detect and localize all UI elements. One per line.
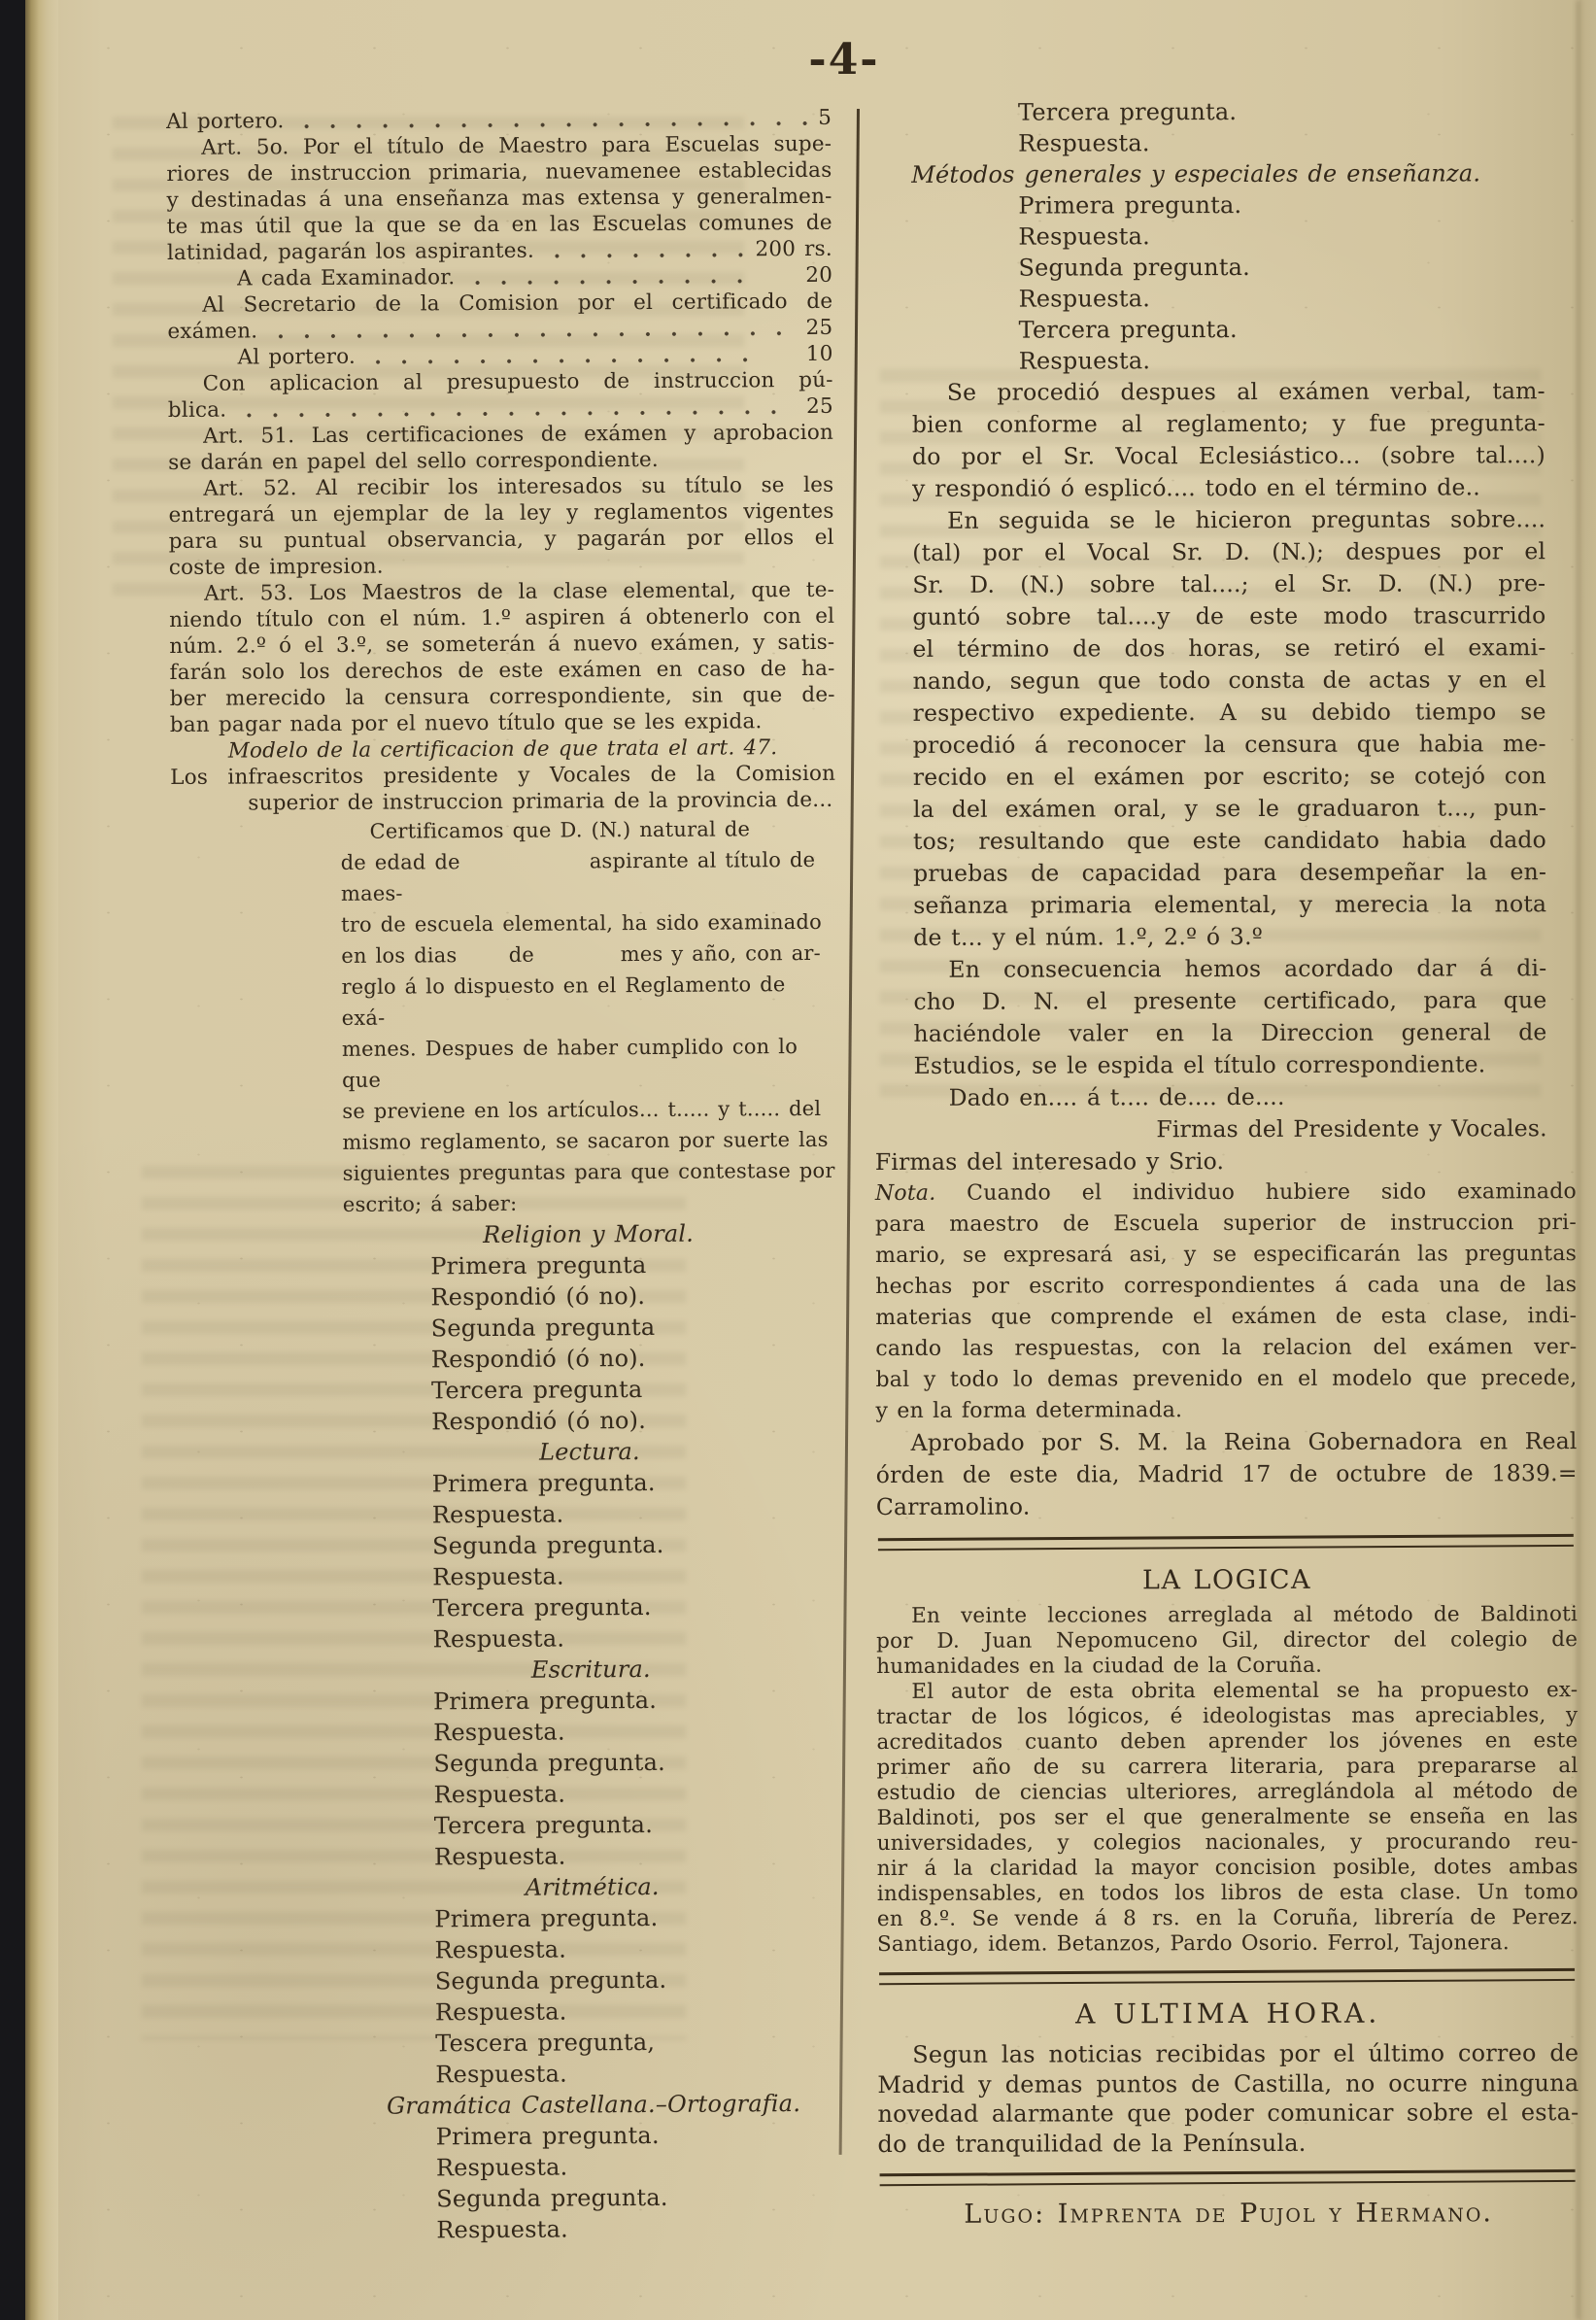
line-text: Segunda pregunta. <box>436 2184 668 2212</box>
text-line: se darán en papel del sello correspondie… <box>168 446 833 476</box>
text-line: bal y todo lo demas prevenido en el mode… <box>875 1363 1577 1396</box>
text-line: Segun las noticias recibidas por el últi… <box>877 2038 1579 2069</box>
heading-religion-y-moral: Religion y Moral. <box>173 1217 838 1252</box>
text-line: haciéndole valer en la Direccion general… <box>874 1016 1576 1050</box>
text-line: materias que comprende el exámen de esta… <box>875 1301 1577 1334</box>
line-text: superior de instruccion primaria de la p… <box>248 788 832 816</box>
line-text: Primera pregunta. <box>436 2122 660 2150</box>
text-line: Respuesta. <box>175 1497 840 1532</box>
text-line: para maestro de Escuela superior de inst… <box>875 1208 1577 1241</box>
column-divider-rule <box>839 109 860 2155</box>
text-line: Respuesta. <box>873 282 1575 315</box>
line-text: humanidades en la ciudad de la Coruña. <box>876 1654 1322 1679</box>
text-line: Baldinoti, pos ser el que generalmente s… <box>877 1804 1579 1831</box>
text-line: menes. Despues de haber cumplido con lo … <box>172 1031 837 1097</box>
text-line: procedió á reconocer la censura que habi… <box>874 728 1576 762</box>
text-line: Segunda pregunta. <box>178 1963 843 1998</box>
fee-label: latinidad, pagarán los aspirantes. <box>167 238 534 266</box>
line-text: Segunda pregunta. <box>432 1531 664 1559</box>
line-text: Respuesta. <box>434 1843 566 1871</box>
text-line: estudio de ciencias ulteriores, arreglán… <box>877 1779 1579 1806</box>
text-line: Respuesta. <box>873 344 1575 377</box>
text-line: entregará un ejemplar de la ley y reglam… <box>168 498 833 529</box>
text-line: Segunda pregunta <box>174 1311 839 1346</box>
text-line: Respuesta. <box>176 1715 841 1750</box>
double-rule <box>880 2169 1576 2186</box>
line-text: Respuesta. <box>433 1719 565 1747</box>
fee-label: A cada Examinador. <box>202 264 455 292</box>
text-line: Respuesta. <box>175 1559 840 1594</box>
line-text: Métodos generales y especiales de enseña… <box>911 159 1480 188</box>
line-text: Respuesta. <box>1018 129 1150 156</box>
line-text: Religion y Moral. <box>483 1220 694 1248</box>
line-text: riores de instruccion primaria, nuevamen… <box>166 158 832 187</box>
line-text: Segun las noticias recibidas por el últi… <box>912 2039 1579 2068</box>
text-line: Art. 53. Los Maestros de la clase elemen… <box>169 577 834 607</box>
text-line: y respondió ó esplicó.... todo en el tér… <box>873 471 1575 505</box>
line-text: novedad alarmante que poder comunicar so… <box>877 2098 1579 2128</box>
text-line: Aprobado por S. M. la Reina Gobernadora … <box>876 1425 1578 1459</box>
text-line: coste de impresion. <box>169 551 834 581</box>
line-text: Respondió (ó no). <box>431 1345 646 1373</box>
line-text: Aritmética. <box>526 1873 660 1901</box>
double-rule <box>879 1968 1575 1985</box>
line-text: Respondió (ó no). <box>431 1407 646 1435</box>
line-text: Dado en.... á t.... de.... de.... <box>949 1083 1285 1111</box>
right-edge-shade <box>1579 0 1596 2320</box>
text-line: cando las respuestas, con la relacion de… <box>875 1332 1577 1365</box>
text-line: recido en el exámen por escrito; se cote… <box>874 760 1576 794</box>
text-line: reglo á lo dispuesto en el Reglamento de… <box>171 969 836 1035</box>
text-line: Carramolino. <box>876 1489 1578 1523</box>
line-text: Primera pregunta. <box>432 1469 656 1497</box>
fee-line: A cada Examinador.20 <box>167 262 832 292</box>
fee-amount: 25 <box>806 315 833 341</box>
text-line: Respondió (ó no). <box>174 1342 839 1377</box>
line-text: Modelo de la certificacion de que trata … <box>228 735 778 763</box>
text-line: bien conforme al reglamento; y fue pregu… <box>873 407 1575 441</box>
text-line: Sr. D. (N.) sobre tal....; el Sr. D. (N.… <box>873 567 1575 601</box>
line-text: Respuesta. <box>1019 285 1151 312</box>
dot-leader <box>294 119 809 129</box>
text-line: El autor de esta obrita elemental se ha … <box>876 1678 1578 1705</box>
fee-line: Al portero.5 <box>166 105 832 135</box>
line-text: respectivo expediente. A su debido tiemp… <box>913 698 1546 727</box>
text-line: ber merecido la censura correspondiente,… <box>170 682 835 712</box>
line-text: de t... y el núm. 1.º, 2.º ó 3.º <box>913 923 1263 951</box>
line-text: En seguida se le hicieron preguntas sobr… <box>947 505 1545 534</box>
line-text: Respuesta. <box>433 1625 565 1654</box>
heading-metodos-ensenanza: Métodos generales y especiales de enseña… <box>872 157 1574 190</box>
text-line: la del exámen oral, y se le graduaron t.… <box>874 792 1576 826</box>
text-line: Primera pregunta. <box>872 188 1574 222</box>
line-text: Art. 5o. Por el título de Maestro para E… <box>201 132 832 160</box>
fee-label: blica. <box>168 397 227 424</box>
line-text: Tercera pregunta. <box>1018 98 1237 126</box>
line-text: Segunda pregunta. <box>435 1966 667 1995</box>
text-line: órden de este dia, Madrid 17 de octubre … <box>876 1457 1578 1491</box>
text-line: En consecuencia hemos acordado dar á di- <box>874 952 1576 986</box>
heading-escritura: Escritura. <box>176 1653 841 1688</box>
text-line: se previene en los artículos... t..... y… <box>172 1093 837 1128</box>
text-line: Tescera pregunta, <box>178 2026 843 2061</box>
line-text: LA LOGICA <box>1142 1565 1311 1595</box>
line-text: procedió á reconocer la censura que habi… <box>913 730 1546 759</box>
line-text: Art. 53. Los Maestros de la clase elemen… <box>204 578 834 606</box>
text-line: Respuesta. <box>176 1621 841 1656</box>
line-text: El autor de esta obrita elemental se ha … <box>911 1678 1578 1704</box>
line-text: Primera pregunta. <box>1018 191 1241 220</box>
heading-a-ultima-hora: A ULTIMA HORA. <box>877 1996 1579 2032</box>
line-text: y en la forma determinada. <box>876 1398 1183 1423</box>
fee-line: blica.25 <box>168 393 833 424</box>
line-text: Respuesta. <box>435 2061 567 2089</box>
line-text: hechas por escrito correspondientes á ca… <box>875 1273 1577 1299</box>
line-text: Tescera pregunta, <box>435 2029 655 2057</box>
text-line: Tercera pregunta <box>174 1373 839 1408</box>
text-line: Respuesta. <box>177 1932 842 1967</box>
line-text: para su puntual observancia, y pagarán p… <box>169 526 834 554</box>
line-text: órden de este dia, Madrid 17 de octubre … <box>876 1459 1578 1488</box>
text-line: indispensables, en todos los libros de e… <box>877 1880 1579 1907</box>
text-line: de edad de aspirante al título de maes- <box>171 844 836 910</box>
nota-line: Nota. Cuando el individuo hubiere sido e… <box>875 1177 1577 1210</box>
line-text: Respuesta. <box>1018 222 1150 250</box>
line-text: Madrid y demas puntos de Castilla, no oc… <box>877 2069 1579 2098</box>
line-text: en 8.º. Se vende á 8 rs. en la Coruña, l… <box>877 1905 1579 1931</box>
line-text: Sr. D. (N.) sobre tal....; el Sr. D. (N.… <box>912 569 1545 598</box>
line-text: niendo título con el núm. 1.º aspiren á … <box>169 604 834 632</box>
left-column: Al portero.5 Art. 5o. Por el título de M… <box>166 105 844 2247</box>
fee-amount: 5 <box>818 105 832 131</box>
line-text: núm. 2.º ó el 3.º, se someterán á nuevo … <box>169 631 834 659</box>
line-text: Escritura. <box>531 1655 651 1684</box>
line-text: Primera pregunta. <box>434 1904 658 1932</box>
text-line: Respuesta. <box>872 126 1574 159</box>
fee-amount: 25 <box>806 393 833 420</box>
line-text: Respuesta. <box>434 1781 566 1809</box>
dot-leader <box>365 355 762 364</box>
text-line: universidades, y colegios nacionales, y … <box>877 1829 1579 1857</box>
text-line: do por el Sr. Vocal Eclesiástico... (sob… <box>873 439 1575 473</box>
page-stack-edge <box>25 0 58 2320</box>
line-text: Art. 51. Las certificaciones de exámen y… <box>203 421 833 449</box>
text-line: guntó sobre tal....y de este modo trascu… <box>873 599 1575 633</box>
text-line: siguientes preguntas para que contestase… <box>173 1155 838 1190</box>
line-text: do por el Sr. Vocal Eclesiástico... (sob… <box>912 441 1545 470</box>
line-text: reglo á lo dispuesto en el Reglamento de… <box>341 972 785 1030</box>
text-line: humanidades en la ciudad de la Coruña. <box>876 1653 1578 1680</box>
line-text: Segunda pregunta. <box>433 1749 665 1777</box>
text-line: ban pagar nada por el nuevo título que s… <box>170 708 835 738</box>
line-text: bal y todo lo demas prevenido en el mode… <box>875 1366 1577 1392</box>
text-line: por D. Juan Nepomuceno Gil, director del… <box>876 1627 1578 1655</box>
line-text: coste de impresion. <box>169 555 384 580</box>
text-line: cho D. N. el presente certificado, para … <box>874 984 1576 1018</box>
line-text: Tercera pregunta. <box>1019 316 1238 344</box>
line-text: En veinte lecciones arreglada al método … <box>911 1602 1578 1628</box>
line-text: A ULTIMA HORA. <box>1075 1997 1380 2030</box>
line-text: Firmas del interesado y Srio. <box>875 1147 1224 1176</box>
line-text: Respuesta. <box>434 1936 566 1964</box>
line-text: te mas útil que la que se da en las Escu… <box>167 211 832 239</box>
line-text: do de tranquilidad de la Península. <box>877 2129 1306 2157</box>
line-text: señanza primaria elemental, y merecia la… <box>913 890 1546 919</box>
text-line: Los infraescritos presidente y Vocales d… <box>170 761 835 791</box>
text-line: y en la forma determinada. <box>876 1394 1578 1427</box>
heading-gramatica-castellana: Gramática Castellana.–Ortografia. <box>178 2088 843 2123</box>
line-text: entregará un ejemplar de la ley y reglam… <box>168 499 833 528</box>
line-text: mario, se expresará asi, y se especifica… <box>875 1242 1577 1268</box>
dot-leader <box>464 276 761 286</box>
line-text: Respuesta. <box>432 1501 564 1529</box>
line-text: Baldinoti, pos ser el que generalmente s… <box>877 1804 1579 1830</box>
text-line: núm. 2.º ó el 3.º, se someterán á nuevo … <box>169 630 834 660</box>
line-text: el término de dos horas, se retiró el ex… <box>912 633 1545 663</box>
line-text: se darán en papel del sello correspondie… <box>168 448 659 475</box>
line-text: ber merecido la censura correspondiente,… <box>170 683 835 711</box>
text-line: Respuesta. <box>179 2212 844 2247</box>
line-text: siguientes preguntas para que contestase… <box>343 1159 835 1185</box>
imprint-line: Lugo: Imprenta de Pujol y Hermano. <box>878 2197 1579 2232</box>
fee-line: latinidad, pagarán los aspirantes.200 rs… <box>167 236 832 266</box>
line-text: menes. Despues de haber cumplido con lo … <box>342 1035 798 1092</box>
text-line: nando, segun que todo consta de actas y … <box>874 664 1576 698</box>
line-text: por D. Juan Nepomuceno Gil, director del… <box>876 1627 1578 1654</box>
line-text: indispensables, en todos los libros de e… <box>877 1880 1579 1906</box>
line-text: en los dias de mes y año, con ar- <box>341 941 821 968</box>
line-text: y respondió ó esplicó.... todo en el tér… <box>912 473 1480 502</box>
line-text: Los infraescritos presidente y Vocales d… <box>170 762 835 790</box>
signatures-president-line: Firmas del Presidente y Vocales. <box>875 1112 1577 1146</box>
dot-leader <box>267 328 796 339</box>
line-text: materias que comprende el exámen de esta… <box>875 1304 1577 1330</box>
line-text: y destinadas á una enseñanza mas extensa… <box>167 185 832 213</box>
text-line: Al Secretario de la Comision por el cert… <box>167 289 832 319</box>
line-text: Estudios, se le espida el título corresp… <box>914 1050 1486 1079</box>
text-line: acreditados cuanto deben aprender los jó… <box>876 1728 1578 1756</box>
line-text: tro de escuela elemental, ha sido examin… <box>341 910 822 937</box>
line-text: universidades, y colegios nacionales, y … <box>877 1829 1579 1856</box>
dot-leader <box>236 407 797 419</box>
text-line: tos; resultando que este candidato habia… <box>874 824 1576 858</box>
line-text: Al Secretario de la Comision por el cert… <box>202 290 832 318</box>
text-line: Primera pregunta. <box>176 1684 841 1719</box>
text-line: farán solo los derechos de este exámen e… <box>169 656 834 686</box>
right-column: Tercera pregunta. Respuesta. Métodos gen… <box>872 95 1579 2232</box>
line-text: Respondió (ó no). <box>430 1282 645 1311</box>
heading-modelo-certificacion: Modelo de la certificacion de que trata … <box>170 734 835 765</box>
text-line: Estudios, se le espida el título corresp… <box>875 1048 1577 1082</box>
text-line: Segunda pregunta. <box>179 2181 844 2216</box>
line-text: guntó sobre tal....y de este modo trascu… <box>912 601 1545 631</box>
line-text: Tercera pregunta. <box>434 1811 653 1839</box>
line-text: para maestro de Escuela superior de inst… <box>875 1211 1577 1237</box>
scanned-page: -4- Al portero.5 Art. 5o. Por el título … <box>0 0 1596 2320</box>
line-text: Santiago, idem. Betanzos, Pardo Osorio. … <box>877 1930 1510 1957</box>
line-text: pruebas de capacidad para desempeñar la … <box>913 858 1546 887</box>
text-line: Tercera pregunta. <box>177 1808 842 1843</box>
text-line: señanza primaria elemental, y merecia la… <box>874 888 1576 922</box>
text-line: Respondió (ó no). <box>174 1404 839 1439</box>
line-text: Carramolino. <box>876 1493 1031 1520</box>
text-line: tro de escuela elemental, ha sido examin… <box>171 906 836 941</box>
fee-amount: 200 rs. <box>755 236 832 262</box>
text-line: Art. 51. Las certificaciones de exámen y… <box>168 420 833 450</box>
line-text: Segunda pregunta. <box>1018 254 1250 282</box>
line-text: cando las respuestas, con la relacion de… <box>875 1335 1577 1361</box>
line-text: bien conforme al reglamento; y fue pregu… <box>912 409 1545 438</box>
text-line: Tercera pregunta. <box>175 1590 840 1625</box>
dot-leader <box>544 250 746 258</box>
line-text: escrito; á saber: <box>343 1192 518 1216</box>
text-line: tractar de los lógicos, é ideologistas m… <box>876 1703 1578 1730</box>
line-text: Certificamos que D. (N.) natural de <box>369 817 750 842</box>
text-line: superior de instruccion primaria de la p… <box>170 787 835 817</box>
text-line: Respuesta. <box>178 2057 843 2092</box>
text-line: primer año de su carrera literaria, para… <box>876 1754 1578 1781</box>
line-text: En consecuencia hemos acordado dar á di- <box>948 954 1546 983</box>
line-text: tractar de los lógicos, é ideologistas m… <box>876 1703 1578 1729</box>
text-line: Respuesta. <box>179 2150 844 2185</box>
fee-label: exámen. <box>167 318 257 345</box>
page-paper: -4- Al portero.5 Art. 5o. Por el título … <box>25 0 1596 2320</box>
text-line: Primera pregunta <box>173 1248 838 1283</box>
text-line: En seguida se le hicieron preguntas sobr… <box>873 503 1575 537</box>
text-line: Se procedió despues al exámen verbal, ta… <box>873 375 1575 409</box>
text-line: Con aplicacion al presupuesto de instruc… <box>168 367 833 397</box>
text-line: Respuesta. <box>872 220 1574 253</box>
text-line: Segunda pregunta. <box>872 251 1574 284</box>
text-line: Respuesta. <box>177 1839 842 1874</box>
signatures-interested-line: Firmas del interesado y Srio. <box>875 1144 1577 1178</box>
line-text: Aprobado por S. M. la Reina Gobernadora … <box>911 1427 1578 1456</box>
text-line: respectivo expediente. A su debido tiemp… <box>874 696 1576 730</box>
text-line: novedad alarmante que poder comunicar so… <box>877 2098 1579 2129</box>
line-text: nando, segun que todo consta de actas y … <box>913 665 1546 695</box>
text-line: escrito; á saber: <box>173 1186 838 1221</box>
line-text: primer año de su carrera literaria, para… <box>876 1754 1578 1780</box>
line-text: nir á la claridad la mayor concision pos… <box>877 1855 1579 1881</box>
text-line: Primera pregunta. <box>175 1466 840 1501</box>
line-text: Segunda pregunta <box>431 1314 656 1342</box>
line-text: Con aplicacion al presupuesto de instruc… <box>203 368 833 396</box>
text-line: Primera pregunta. <box>179 2119 844 2154</box>
page-number: -4- <box>808 35 879 85</box>
line-text: Respuesta. <box>432 1563 564 1591</box>
nota-label: Nota. <box>875 1181 936 1206</box>
line-text: mismo reglamento, se sacaron por suerte … <box>342 1128 828 1154</box>
line-text: ban pagar nada por el nuevo título que s… <box>170 709 763 737</box>
line-text: la del exámen oral, y se le graduaron t.… <box>913 794 1546 823</box>
text-line: Art. 52. Al recibir los interesados su t… <box>168 472 833 502</box>
fee-amount: 20 <box>770 262 832 289</box>
fee-label: Al portero. <box>202 344 356 371</box>
line-text: farán solo los derechos de este exámen e… <box>169 657 834 685</box>
text-line: (tal) por el Vocal Sr. D. (N.); despues … <box>873 535 1575 569</box>
text-line: do de tranquilidad de la Península. <box>877 2128 1579 2159</box>
line-text: cho D. N. el presente certificado, para … <box>913 986 1546 1015</box>
text-line: Respondió (ó no). <box>173 1279 838 1314</box>
text-line: nir á la claridad la mayor concision pos… <box>877 1855 1579 1882</box>
fee-amount: 10 <box>771 341 833 367</box>
text-line: para su puntual observancia, y pagarán p… <box>169 525 834 555</box>
line-text: (tal) por el Vocal Sr. D. (N.); despues … <box>912 537 1545 566</box>
line-text: se previene en los artículos... t..... y… <box>342 1097 821 1123</box>
text-line: de t... y el núm. 1.º, 2.º ó 3.º <box>874 920 1576 954</box>
line-text: Primera pregunta <box>430 1251 646 1279</box>
text-line: mismo reglamento, se sacaron por suerte … <box>172 1124 837 1159</box>
line-text: estudio de ciencias ulteriores, arreglán… <box>877 1779 1579 1805</box>
text-line: Santiago, idem. Betanzos, Pardo Osorio. … <box>877 1930 1579 1958</box>
line-text: Lectura. <box>539 1438 640 1466</box>
text-line: en 8.º. Se vende á 8 rs. en la Coruña, l… <box>877 1905 1579 1932</box>
text-line: te mas útil que la que se da en las Escu… <box>167 210 832 240</box>
text-line: Primera pregunta. <box>177 1901 842 1936</box>
line-text: Respuesta. <box>436 2154 568 2182</box>
line-text: Respuesta. <box>1019 347 1151 374</box>
text-line: Segunda pregunta. <box>176 1746 841 1781</box>
text-line: riores de instruccion primaria, nuevamen… <box>166 157 832 188</box>
text-line: niendo título con el núm. 1.º aspiren á … <box>169 603 834 633</box>
text-line: el término de dos horas, se retiró el ex… <box>873 631 1575 665</box>
line-text: Cuando el individuo hubiere sido examina… <box>935 1179 1577 1206</box>
line-text: Primera pregunta. <box>433 1687 657 1715</box>
line-text: recido en el exámen por escrito; se cote… <box>913 762 1546 791</box>
line-text: de edad de aspirante al título de maes- <box>341 848 816 905</box>
text-line: Segunda pregunta. <box>175 1528 840 1563</box>
line-text: Respuesta. <box>436 2216 568 2244</box>
text-line: Certificamos que D. (N.) natural de <box>170 813 835 848</box>
fee-line: exámen.25 <box>167 315 832 345</box>
line-text: Gramática Castellana.–Ortografia. <box>387 2090 800 2120</box>
fee-label: Al portero. <box>166 108 285 135</box>
text-line: Madrid y demas puntos de Castilla, no oc… <box>877 2068 1579 2099</box>
line-text: Se procedió despues al exámen verbal, ta… <box>947 377 1545 406</box>
line-text: Tercera pregunta <box>431 1376 643 1404</box>
text-line: Dado en.... á t.... de.... de.... <box>875 1080 1577 1114</box>
text-line: Tercera pregunta. <box>872 95 1574 128</box>
double-rule <box>878 1534 1574 1551</box>
text-line: en los dias de mes y año, con ar- <box>171 938 836 972</box>
text-line: Art. 5o. Por el título de Maestro para E… <box>166 131 832 161</box>
heading-la-logica: LA LOGICA <box>876 1563 1578 1598</box>
line-text: Art. 52. Al recibir los interesados su t… <box>203 473 833 501</box>
line-text: Lugo: Imprenta de Pujol y Hermano. <box>964 2198 1493 2229</box>
text-line: Respuesta. <box>177 1777 842 1812</box>
text-line: Tercera pregunta. <box>873 313 1575 346</box>
text-line: hechas por escrito correspondientes á ca… <box>875 1270 1577 1303</box>
heading-aritmetica: Aritmética. <box>177 1870 842 1905</box>
line-text: acreditados cuanto deben aprender los jó… <box>876 1728 1578 1755</box>
line-text: haciéndole valer en la Direccion general… <box>913 1018 1546 1047</box>
text-line: Respuesta. <box>178 1995 843 2030</box>
line-text: Tercera pregunta. <box>432 1593 651 1621</box>
line-text: Respuesta. <box>435 1998 567 2027</box>
line-text: tos; resultando que este candidato habia… <box>913 826 1546 855</box>
text-line: mario, se expresará asi, y se especifica… <box>875 1239 1577 1272</box>
book-gutter-edge <box>0 0 25 2320</box>
text-line: En veinte lecciones arreglada al método … <box>876 1602 1578 1629</box>
fee-line: Al portero.10 <box>167 341 832 371</box>
line-text: Firmas del Presidente y Vocales. <box>1156 1114 1547 1143</box>
text-line: y destinadas á una enseñanza mas extensa… <box>166 184 832 214</box>
heading-lectura: Lectura. <box>174 1435 839 1470</box>
text-line: pruebas de capacidad para desempeñar la … <box>874 856 1576 890</box>
